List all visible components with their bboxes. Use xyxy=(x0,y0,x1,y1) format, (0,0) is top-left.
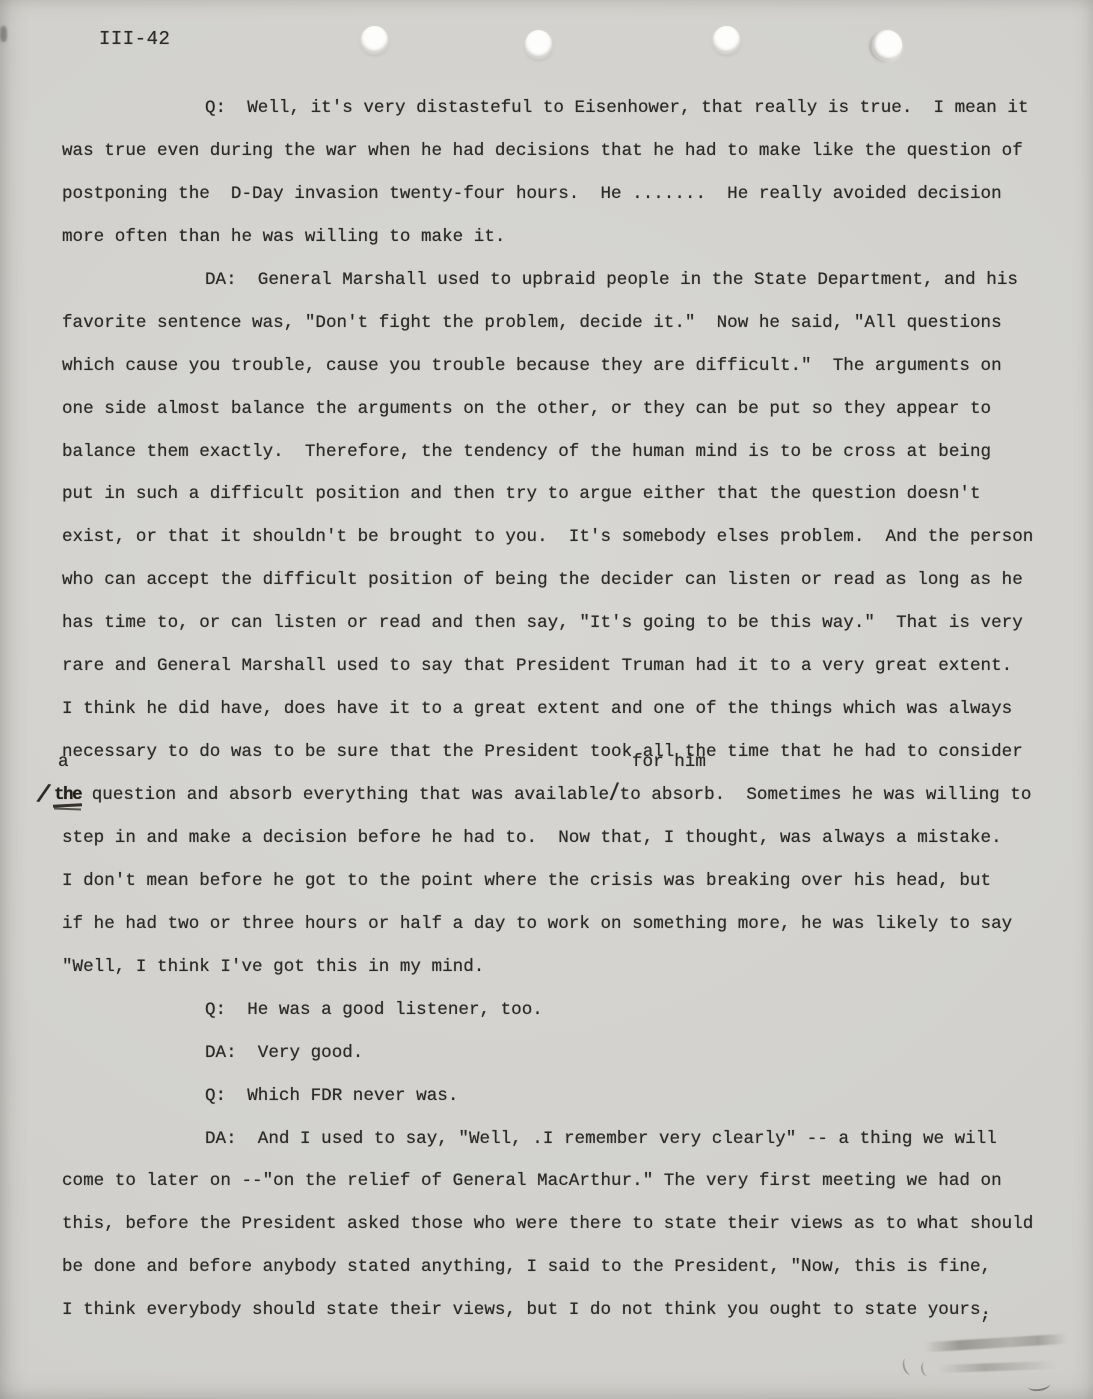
pencil-squiggle xyxy=(1027,1379,1050,1393)
text-line: DA: General Marshall used to upbraid peo… xyxy=(62,259,1052,302)
text-line: balance them exactly. Therefore, the ten… xyxy=(62,431,1052,474)
text-line: postponing the D-Day invasion twenty-fou… xyxy=(62,173,1052,216)
pencil-smudge xyxy=(925,1334,1067,1353)
text-line: step in and make a decision before he ha… xyxy=(62,817,1052,860)
text-line: DA: And I used to say, "Well, .I remembe… xyxy=(62,1118,1052,1161)
text-segment: I think everybody should state their vie… xyxy=(62,1300,991,1320)
overstruck-comma: , xyxy=(981,1294,992,1337)
text-line: necessary to do was to be sure that the … xyxy=(62,731,1052,774)
text-line: if he had two or three hours or half a d… xyxy=(62,903,1052,946)
text-line: was true even during the war when he had… xyxy=(62,130,1052,173)
text-line-corrected: /the question and absorb everything that… xyxy=(62,774,1052,817)
text-line: this, before the President asked those w… xyxy=(62,1203,1052,1246)
insertion-slash-icon: / xyxy=(609,766,620,824)
text-line: exist, or that it shouldn't be brought t… xyxy=(62,516,1052,559)
text-line: more often than he was willing to make i… xyxy=(62,216,1052,259)
text-segment: to absorb. Sometimes he was willing to xyxy=(620,785,1032,805)
text-line: which cause you trouble, cause you troub… xyxy=(62,345,1052,388)
text-line: be done and before anybody stated anythi… xyxy=(62,1246,1052,1289)
pencil-tick-mark xyxy=(920,1361,933,1377)
pencil-tick-mark xyxy=(901,1357,917,1377)
scan-edge-mark xyxy=(0,26,7,42)
text-line: put in such a difficult position and the… xyxy=(62,473,1052,516)
document-body: Q: Well, it's very distasteful to Eisenh… xyxy=(62,87,1052,1332)
text-line: I don't mean before he got to the point … xyxy=(62,860,1052,903)
text-segment: question and absorb everything that was … xyxy=(81,785,609,805)
pencil-smudge xyxy=(938,1361,1056,1373)
text-line: come to later on --"on the relief of Gen… xyxy=(62,1160,1052,1203)
text-line: one side almost balance the arguments on… xyxy=(62,388,1052,431)
text-line: favorite sentence was, "Don't fight the … xyxy=(62,302,1052,345)
punch-hole xyxy=(361,26,388,53)
text-line: I think he did have, does have it to a g… xyxy=(62,688,1052,731)
text-line: DA: Very good. xyxy=(62,1032,1052,1075)
text-line: Q: He was a good listener, too. xyxy=(62,989,1052,1032)
text-line: Q: Which FDR never was. xyxy=(62,1075,1052,1118)
punch-hole xyxy=(869,27,905,63)
punch-hole xyxy=(713,26,740,53)
text-line: who can accept the difficult position of… xyxy=(62,559,1052,602)
punch-hole xyxy=(525,30,552,58)
text-line: Q: Well, it's very distasteful to Eisenh… xyxy=(62,87,1052,130)
text-line: I think everybody should state their vie… xyxy=(62,1289,1052,1332)
struck-out-word: the xyxy=(54,785,81,805)
proofreader-slash-icon: / xyxy=(34,776,53,815)
scanned-transcript-page: III-42 Q: Well, it's very distasteful to… xyxy=(0,0,1093,1399)
text-line: "Well, I think I've got this in my mind. xyxy=(62,946,1052,989)
inserted-correction-for-him: for him xyxy=(632,752,706,772)
text-line: rare and General Marshall used to say th… xyxy=(62,645,1052,688)
page-number: III-42 xyxy=(99,28,170,50)
text-line: has time to, or can listen or read and t… xyxy=(62,602,1052,645)
inserted-correction-a: a xyxy=(58,752,69,772)
